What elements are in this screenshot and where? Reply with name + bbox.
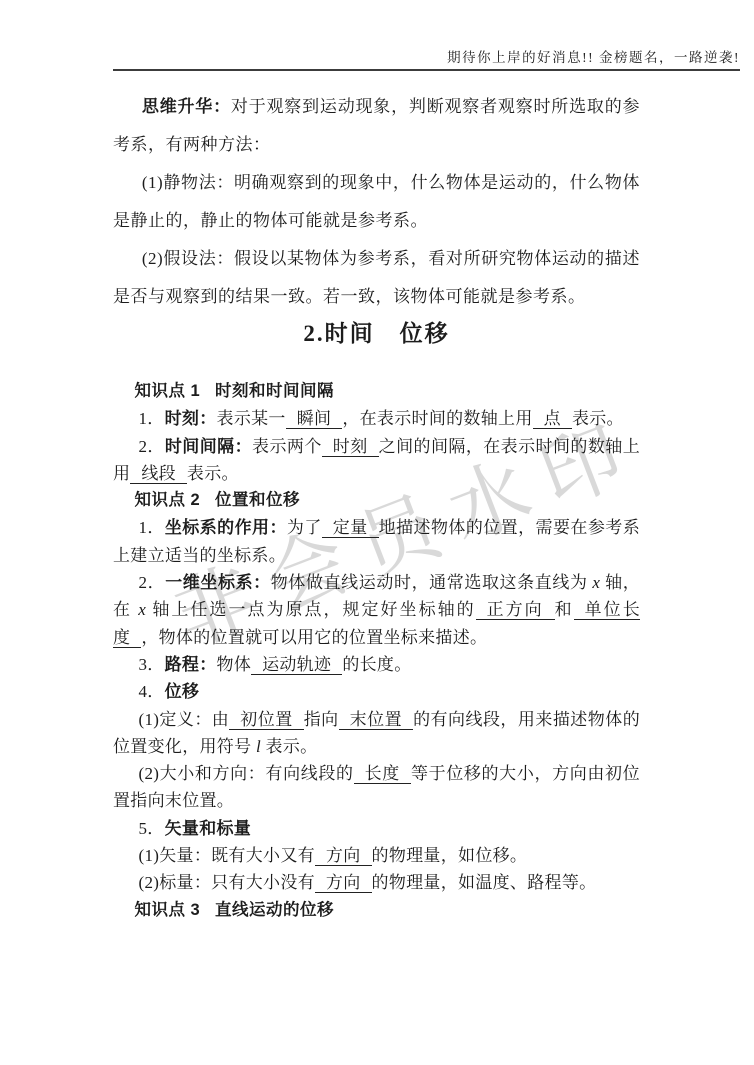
blank-answer: 线段 [130, 464, 187, 484]
kp2-item-vector-scalar: 5．矢量和标量 [113, 815, 640, 842]
item-number: 4． [139, 682, 165, 701]
item-term: 路程： [165, 655, 217, 674]
kp2-item-displacement-definition: (1)定义：由初位置指向末位置的有向线段，用来描述物体的位置变化，用符号 l 表… [113, 706, 640, 761]
blank-answer: 方向 [315, 846, 372, 866]
text-run: 的长度。 [342, 655, 411, 674]
item-number: 2． [139, 437, 165, 456]
knowledge-point-title: 直线运动的位移 [215, 901, 334, 919]
kp2-item-vector-definition: (1)矢量：既有大小又有方向的物理量，如位移。 [113, 842, 640, 869]
intro-paragraph-static-object-method: (1)静物法：明确观察到的现象中，什么物体是运动的，什么物体是静止的，静止的物体… [113, 164, 640, 240]
blank-answer: 定量 [322, 518, 379, 538]
document-content: 思维升华：对于观察到运动现象，判断观察者观察时所选取的参考系，有两种方法： (1… [113, 88, 640, 924]
text-run: 物体 [217, 655, 252, 674]
variable-x: x [138, 600, 146, 619]
text-run: 物体做直线运动时，通常选取这条直线为 [271, 573, 593, 592]
header-rule [113, 69, 740, 71]
intro-label: 思维升华： [142, 97, 231, 116]
blank-answer: 长度 [354, 764, 411, 784]
item-number: 1． [139, 518, 165, 537]
kp2-item-displacement: 4．位移 [113, 678, 640, 705]
lesson-title: 2.时间 位移 [113, 316, 640, 352]
text-run: 和 [555, 600, 574, 619]
intro-paragraph-methods: 思维升华：对于观察到运动现象，判断观察者观察时所选取的参考系，有两种方法： [113, 88, 640, 164]
knowledge-point-number: 知识点 3 [134, 901, 200, 919]
text-run: 指向 [304, 710, 339, 729]
kp2-item-path-length: 3．路程：物体运动轨迹的长度。 [113, 651, 640, 678]
text-run: 的物理量，如温度、路程等。 [372, 873, 597, 892]
text-run: 的物理量，如位移。 [372, 846, 528, 865]
header-motto: 期待你上岸的好消息!! 金榜题名，一路逆袭! [447, 46, 740, 66]
item-term: 一维坐标系： [165, 573, 271, 592]
item-term: 坐标系的作用： [165, 518, 287, 537]
item-number: 2． [139, 573, 166, 592]
text-run: (2)大小和方向：有向线段的 [139, 764, 354, 783]
blank-answer: 正方向 [476, 600, 555, 620]
text-run: (2)标量：只有大小没有 [139, 873, 315, 892]
text-run: 表示某一 [217, 409, 286, 428]
kp2-item-one-dimensional-coordinate-system: 2．一维坐标系：物体做直线运动时，通常选取这条直线为 x 轴，在 x 轴上任选一… [113, 569, 640, 651]
blank-answer: 时刻 [322, 437, 379, 457]
item-term: 矢量和标量 [165, 819, 252, 838]
item-number: 3． [139, 655, 165, 674]
text-run: (1)矢量：既有大小又有 [139, 846, 315, 865]
text-run: 表示。 [572, 409, 624, 428]
text-run: ，物体的位置就可以用它的位置坐标来描述。 [141, 628, 487, 647]
text-run: 表示。 [261, 737, 317, 756]
text-run: ，在表示时间的数轴上用 [342, 409, 532, 428]
blank-answer: 瞬间 [286, 409, 343, 429]
text-run: (1)定义：由 [139, 710, 230, 729]
kp2-item-displacement-magnitude-direction: (2)大小和方向：有向线段的长度等于位移的大小，方向由初位置指向末位置。 [113, 760, 640, 815]
blank-answer: 点 [533, 409, 572, 429]
item-term: 位移 [165, 682, 200, 701]
blank-answer: 末位置 [339, 710, 413, 730]
blank-answer: 初位置 [229, 710, 303, 730]
text-run: 表示两个 [252, 437, 322, 456]
kp1-item-time-interval: 2．时间间隔：表示两个时刻之间的间隔，在表示时间的数轴上用线段表示。 [113, 433, 640, 488]
text-run: 为了 [287, 518, 322, 537]
kp1-item-moment: 1．时刻：表示某一瞬间，在表示时间的数轴上用点表示。 [113, 405, 640, 432]
knowledge-point-3-heading: 知识点 3直线运动的位移 [113, 897, 640, 924]
item-term: 时刻： [165, 409, 217, 428]
text-run: (1)静物法：明确观察到的现象中，什么物体是运动的，什么物体是静止的，静止的物体… [113, 173, 640, 230]
knowledge-point-1-heading: 知识点 1时刻和时间间隔 [113, 378, 640, 405]
document-page: 非会员水印 期待你上岸的好消息!! 金榜题名，一路逆袭! 思维升华：对于观察到运… [0, 0, 754, 1065]
blank-answer: 运动轨迹 [251, 655, 342, 675]
knowledge-point-title: 时刻和时间间隔 [215, 382, 334, 400]
blank-answer: 方向 [315, 873, 372, 893]
intro-section: 思维升华：对于观察到运动现象，判断观察者观察时所选取的参考系，有两种方法： (1… [113, 88, 640, 316]
knowledge-point-title: 位置和位移 [215, 491, 300, 509]
item-term: 时间间隔： [165, 437, 252, 456]
item-number: 1． [139, 409, 165, 428]
intro-paragraph-hypothesis-method: (2)假设法：假设以某物体为参考系，看对所研究物体运动的描述是否与观察到的结果一… [113, 240, 640, 316]
knowledge-point-number: 知识点 2 [134, 491, 200, 509]
text-run: 轴上任选一点为原点，规定好坐标轴的 [146, 600, 475, 619]
text-run: 表示。 [187, 464, 239, 483]
knowledge-points-section: 知识点 1时刻和时间间隔 1．时刻：表示某一瞬间，在表示时间的数轴上用点表示。 … [113, 378, 640, 924]
kp2-item-scalar-definition: (2)标量：只有大小没有方向的物理量，如温度、路程等。 [113, 869, 640, 896]
knowledge-point-2-heading: 知识点 2位置和位移 [113, 487, 640, 514]
kp2-item-coordinate-system-role: 1．坐标系的作用：为了定量地描述物体的位置，需要在参考系上建立适当的坐标系。 [113, 514, 640, 569]
item-number: 5． [139, 819, 165, 838]
text-run: (2)假设法：假设以某物体为参考系，看对所研究物体运动的描述是否与观察到的结果一… [113, 249, 640, 306]
knowledge-point-number: 知识点 1 [134, 382, 200, 400]
